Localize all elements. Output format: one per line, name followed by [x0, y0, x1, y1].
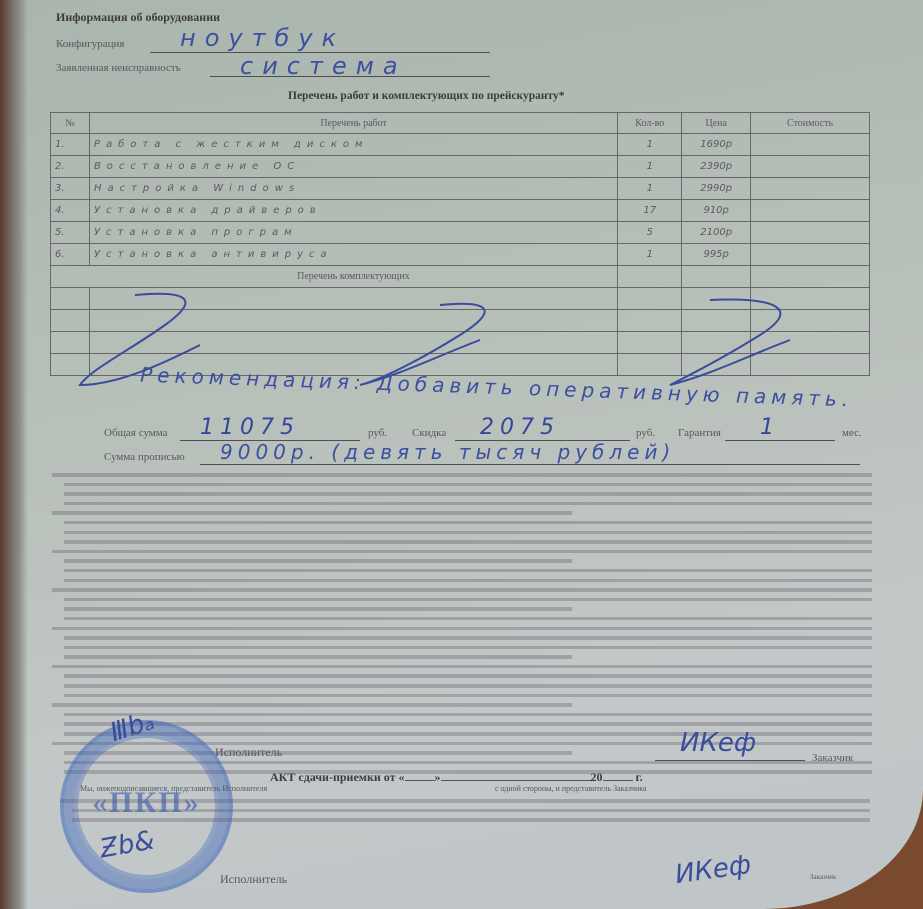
row-price: 2990р [682, 178, 751, 200]
fine-print-line [52, 710, 872, 720]
fine-print-line [52, 624, 872, 634]
fine-print-line [52, 470, 872, 480]
row-work: Установка драйверов [89, 200, 617, 222]
row-qty: 1 [618, 178, 682, 200]
row-price: 2390р [682, 156, 751, 178]
total-label: Общая сумма [104, 427, 168, 439]
act-year: 20 [591, 770, 603, 784]
col-work: Перечень работ [89, 113, 617, 134]
fault-label: Заявленная неисправность [56, 62, 181, 74]
row-number: 5. [51, 222, 90, 244]
fine-print-line [60, 815, 870, 825]
row-qty: 1 [618, 134, 682, 156]
customer-label-2: Заказчик [810, 873, 836, 881]
act-intro: Мы, нижеподписавшиеся, представитель Исп… [80, 784, 267, 793]
fine-print-line [52, 499, 872, 509]
fine-print-line [60, 806, 870, 816]
row-work: Установка антивируса [89, 244, 617, 266]
act-year-suffix: г. [636, 770, 643, 784]
works-row: 5.Установка програм52100р [51, 222, 870, 244]
row-work: Восстановление ОС [89, 156, 617, 178]
row-cost [751, 200, 870, 222]
fine-print-line [52, 681, 872, 691]
act-fine-print [60, 796, 870, 825]
discount-value: 2075 [480, 415, 560, 440]
fine-print-line [52, 643, 872, 653]
row-cost [751, 222, 870, 244]
fine-print-line [52, 671, 872, 681]
customer-signature: ИКеф [680, 728, 756, 758]
act-title-text: АКТ сдачи-приемки от « [270, 770, 405, 784]
row-work: Установка програм [89, 222, 617, 244]
act-title: АКТ сдачи-приемки от «»20 г. [270, 770, 643, 785]
works-row: 4.Установка драйверов17910р [51, 200, 870, 222]
customer-label: Заказчик [812, 752, 853, 764]
fine-print-line [52, 700, 872, 710]
row-price: 995р [682, 244, 751, 266]
warranty-value: 1 [760, 415, 774, 440]
fine-print-line [60, 796, 870, 806]
fine-print-line [52, 614, 872, 624]
fine-print-line [52, 518, 872, 528]
fine-print-line [52, 508, 872, 518]
row-price: 910р [682, 200, 751, 222]
discount-currency: руб. [636, 427, 655, 439]
configuration-label: Конфигурация [56, 38, 124, 50]
fine-print-line [52, 528, 872, 538]
fine-print-line [52, 576, 872, 586]
warranty-unit: мес. [842, 427, 862, 439]
fine-print-line [52, 585, 872, 595]
fine-print-line [52, 566, 872, 576]
row-qty: 1 [618, 244, 682, 266]
amount-words-label: Сумма прописью [104, 451, 185, 463]
paper-edge-shadow [0, 0, 28, 909]
fine-print-line [52, 633, 872, 643]
fine-print-line [52, 547, 872, 557]
row-qty: 1 [618, 156, 682, 178]
works-header-row: № Перечень работ Кол-во Цена Стоимость [51, 113, 870, 134]
col-qty: Кол-во [618, 113, 682, 134]
col-price: Цена [682, 113, 751, 134]
total-value: 11075 [200, 415, 300, 440]
act-party: с одной стороны, и представитель Заказчи… [495, 784, 647, 793]
fine-print-line [52, 480, 872, 490]
row-number: 6. [51, 244, 90, 266]
row-qty: 5 [618, 222, 682, 244]
row-cost [751, 178, 870, 200]
configuration-value: ноутбук [180, 24, 345, 52]
total-currency: руб. [368, 427, 387, 439]
fine-print-line [52, 489, 872, 499]
customer-sign-line [655, 760, 805, 761]
discount-label: Скидка [412, 427, 446, 439]
row-number: 1. [51, 134, 90, 156]
row-number: 4. [51, 200, 90, 222]
row-work: Работа с жестким диском [89, 134, 617, 156]
row-number: 3. [51, 178, 90, 200]
row-qty: 17 [618, 200, 682, 222]
row-number: 2. [51, 156, 90, 178]
fine-print-line [52, 652, 872, 662]
works-row: 1.Работа с жестким диском11690р [51, 134, 870, 156]
equipment-info-heading: Информация об оборудовании [56, 10, 220, 25]
row-work: Настройка Windows [89, 178, 617, 200]
warranty-underline [725, 440, 835, 441]
col-cost: Стоимость [751, 113, 870, 134]
warranty-label: Гарантия [678, 427, 721, 439]
amount-words-underline [200, 464, 860, 465]
row-price: 2100р [682, 222, 751, 244]
executor-label-2: Исполнитель [220, 872, 287, 887]
fine-print-line [52, 662, 872, 672]
works-row: 3.Настройка Windows12990р [51, 178, 870, 200]
row-cost [751, 134, 870, 156]
fine-print-line [52, 537, 872, 547]
row-cost [751, 156, 870, 178]
row-cost [751, 244, 870, 266]
works-row: 2.Восстановление ОС12390р [51, 156, 870, 178]
fault-value: система [240, 52, 407, 80]
col-number: № [51, 113, 90, 134]
fine-print-line [52, 604, 872, 614]
works-row: 6.Установка антивируса1995р [51, 244, 870, 266]
executor-label: Исполнитель [215, 745, 282, 760]
fine-print-line [52, 595, 872, 605]
works-title: Перечень работ и комплектующих по прейск… [288, 90, 565, 102]
amount-words-value: 9000р. (девять тысяч рублей) [220, 440, 675, 464]
fine-print-line [52, 556, 872, 566]
fine-print-line [52, 691, 872, 701]
row-price: 1690р [682, 134, 751, 156]
